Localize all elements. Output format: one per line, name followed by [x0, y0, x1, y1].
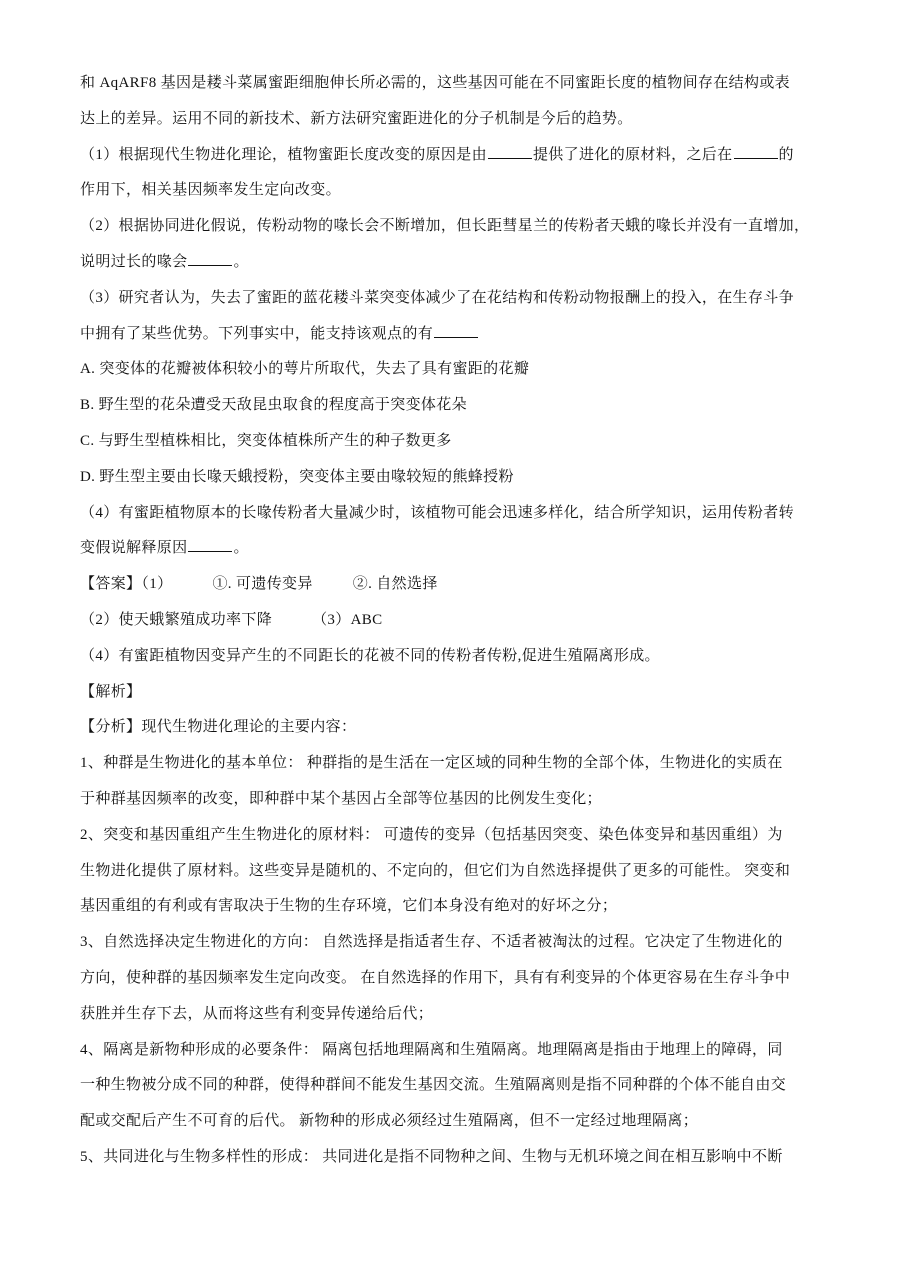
answer-blank — [488, 144, 532, 159]
question-1-line-2: 作用下，相关基因频率发生定向改变。 — [80, 173, 822, 209]
answer-blank — [434, 323, 478, 338]
question-2-end: 。 — [233, 254, 248, 270]
option-c: C. 与野生型植株相比，突变体植株所产生的种子数更多 — [80, 424, 822, 460]
question-2-line-1: （2）根据协同进化假说，传粉动物的喙长会不断增加，但长距彗星兰的传粉者天蛾的喙长… — [80, 209, 822, 245]
answer-line-2: （2）使天蛾繁殖成功率下降（3）ABC — [80, 603, 822, 639]
question-1-text-b: 提供了进化的原材料，之后在 — [533, 147, 733, 163]
answer-2: （2）使天蛾繁殖成功率下降 — [80, 612, 272, 628]
option-text: 与野生型植株相比，突变体植株所产生的种子数更多 — [99, 433, 452, 449]
question-4-line-2: 变假说解释原因。 — [80, 531, 822, 567]
question-3-text: 中拥有了某些优势。下列事实中，能支持该观点的有 — [80, 326, 433, 342]
analysis-line: 5、共同进化与生物多样性的形成： 共同进化是指不同物种之间、生物与无机环境之间在… — [80, 1140, 822, 1176]
answer-blank — [188, 251, 232, 266]
question-1-line-1: （1）根据现代生物进化理论，植物蜜距长度改变的原因是由提供了进化的原材料，之后在… — [80, 138, 822, 174]
analysis-line: 3、自然选择决定生物进化的方向： 自然选择是指适者生存、不适者被淘汰的过程。它决… — [80, 925, 822, 961]
intro-line-2: 达上的差异。运用不同的新技术、新方法研究蜜距进化的分子机制是今后的趋势。 — [80, 102, 822, 138]
option-label: A. — [80, 361, 95, 377]
analysis-line: 基因重组的有利或有害取决于生物的生存环境，它们本身没有绝对的好坏之分； — [80, 889, 822, 925]
analysis-subheading: 【分析】现代生物进化理论的主要内容： — [80, 710, 822, 746]
answer-3: （3）ABC — [312, 612, 382, 628]
option-b: B. 野生型的花朵遭受天敌昆虫取食的程度高于突变体花朵 — [80, 388, 822, 424]
question-2-line-2: 说明过长的喙会。 — [80, 245, 822, 281]
option-text: 突变体的花瓣被体积较小的萼片所取代，失去了具有蜜距的花瓣 — [99, 361, 529, 377]
option-text: 野生型的花朵遭受天敌昆虫取食的程度高于突变体花朵 — [99, 397, 467, 413]
question-4-text: 变假说解释原因 — [80, 540, 187, 556]
document-page: 和 AqARF8 基因是耧斗菜属蜜距细胞伸长所必需的，这些基因可能在不同蜜距长度… — [80, 66, 822, 1176]
analysis-line: 一种生物被分成不同的种群，使得种群间不能发生基因交流。生殖隔离则是指不同种群的个… — [80, 1068, 822, 1104]
analysis-line: 于种群基因频率的改变，即种群中某个基因占全部等位基因的比例发生变化； — [80, 782, 822, 818]
question-3-line-1: （3）研究者认为，失去了蜜距的蓝花耧斗菜突变体减少了在花结构和传粉动物报酬上的投… — [80, 281, 822, 317]
question-2-text: 说明过长的喙会 — [80, 254, 187, 270]
answer-heading: 【答案】（1） — [80, 576, 172, 592]
option-label: C. — [80, 433, 94, 449]
question-1-text-c: 的 — [779, 147, 794, 163]
answer-line-4: （4）有蜜距植物因变异产生的不同距长的花被不同的传粉者传粉,促进生殖隔离形成。 — [80, 639, 822, 675]
question-4-line-1: （4）有蜜距植物原本的长喙传粉者大量减少时，该植物可能会迅速多样化，结合所学知识… — [80, 496, 822, 532]
option-a: A. 突变体的花瓣被体积较小的萼片所取代，失去了具有蜜距的花瓣 — [80, 352, 822, 388]
analysis-line: 配或交配后产生不可育的后代。 新物种的形成必须经过生殖隔离，但不一定经过地理隔离… — [80, 1104, 822, 1140]
question-3-line-2: 中拥有了某些优势。下列事实中，能支持该观点的有 — [80, 317, 822, 353]
analysis-heading: 【解析】 — [80, 675, 822, 711]
answer-blank — [188, 537, 232, 552]
answer-blank — [734, 144, 778, 159]
analysis-line: 4、隔离是新物种形成的必要条件： 隔离包括地理隔离和生殖隔离。地理隔离是指由于地… — [80, 1033, 822, 1069]
option-label: D. — [80, 469, 95, 485]
analysis-line: 获胜并生存下去，从而将这些有利变异传递给后代； — [80, 997, 822, 1033]
analysis-line: 方向，使种群的基因频率发生定向改变。 在自然选择的作用下，具有有利变异的个体更容… — [80, 961, 822, 997]
analysis-line: 2、突变和基因重组产生生物进化的原材料： 可遗传的变异（包括基因突变、染色体变异… — [80, 818, 822, 854]
question-4-end: 。 — [233, 540, 248, 556]
option-text: 野生型主要由长喙天蛾授粉，突变体主要由喙较短的熊蜂授粉 — [99, 469, 513, 485]
answer-line-1: 【答案】（1）①. 可遗传变异②. 自然选择 — [80, 567, 822, 603]
answer-1-2: ②. 自然选择 — [353, 576, 438, 592]
intro-line-1: 和 AqARF8 基因是耧斗菜属蜜距细胞伸长所必需的，这些基因可能在不同蜜距长度… — [80, 66, 822, 102]
option-d: D. 野生型主要由长喙天蛾授粉，突变体主要由喙较短的熊蜂授粉 — [80, 460, 822, 496]
analysis-line: 1、种群是生物进化的基本单位： 种群指的是生活在一定区域的同种生物的全部个体，生… — [80, 746, 822, 782]
option-label: B. — [80, 397, 94, 413]
answer-1-1: ①. 可遗传变异 — [212, 576, 312, 592]
question-1-text-a: （1）根据现代生物进化理论，植物蜜距长度改变的原因是由 — [80, 147, 487, 163]
analysis-line: 生物进化提供了原材料。这些变异是随机的、不定向的，但它们为自然选择提供了更多的可… — [80, 854, 822, 890]
